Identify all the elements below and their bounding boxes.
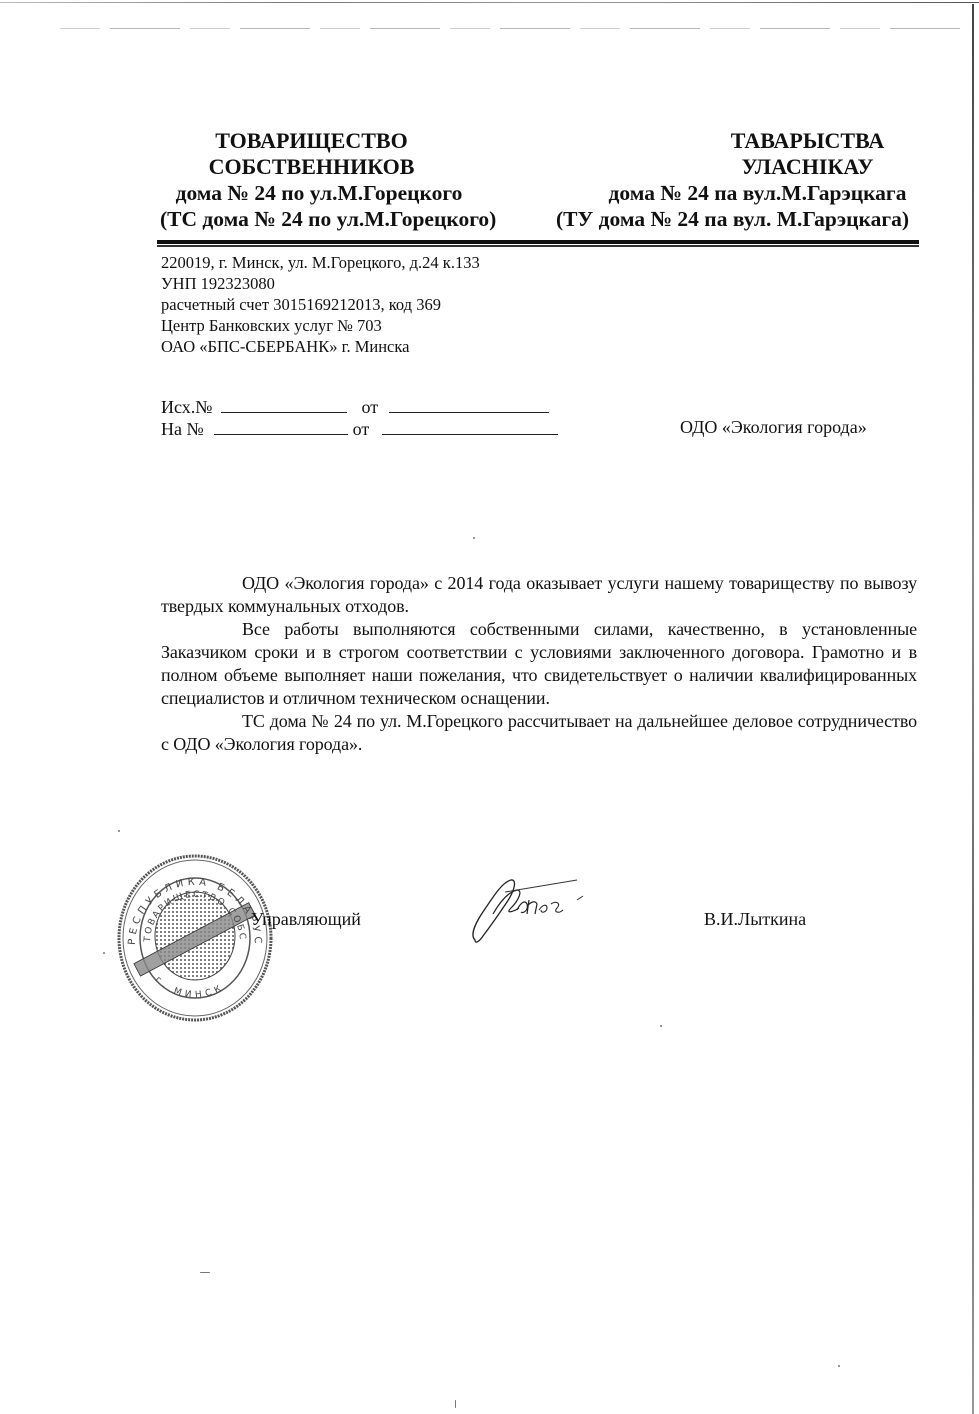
requisite-account: расчетный счет 3015169212013, код 369 (161, 294, 480, 315)
letterhead-divider-thick (157, 240, 919, 244)
letterhead-divider-thin (157, 245, 919, 247)
incoming-number-field (214, 418, 348, 435)
letter-page: ТОВАРИЩЕСТВО СОБСТВЕННИКОВ дома № 24 по … (0, 0, 979, 1414)
letterhead-ru-line4: (ТС дома № 24 по ул.М.Горецкого) (160, 206, 468, 232)
scan-speck (103, 952, 105, 954)
scan-speck (200, 1272, 210, 1273)
organization-requisites: 220019, г. Минск, ул. М.Горецкого, д.24 … (161, 252, 480, 357)
outgoing-number-label: Исх.№ (161, 396, 212, 418)
requisite-unp: УНП 192323080 (161, 273, 480, 294)
letterhead-ru-line3: дома № 24 по ул.М.Горецкого (150, 180, 468, 206)
incoming-date-field (382, 418, 558, 435)
letterhead-russian: ТОВАРИЩЕСТВО СОБСТВЕННИКОВ дома № 24 по … (150, 128, 468, 232)
scan-edge-right (972, 4, 974, 1414)
scan-speck (838, 1365, 840, 1367)
outgoing-number-field (221, 396, 347, 413)
incoming-date-label: от (353, 418, 370, 440)
document-references: Исх.№ от На № от (161, 396, 558, 440)
recipient-name: ОДО «Экология города» (680, 417, 867, 438)
incoming-number-label: На № (161, 418, 204, 440)
handwritten-signature-icon (465, 870, 605, 950)
letterhead-by-line3: дома № 24 па вул.М.Гарэцкага (540, 180, 925, 206)
requisite-bank-center: Центр Банковских услуг № 703 (161, 315, 480, 336)
letterhead-by-line1: ТАВАРЫСТВА (540, 128, 925, 154)
round-seal-stamp-icon: РЕСПУБЛИКА БЕЛАРУСЬ ТОВАРИЩЕСТВО СОБСТВЕ… (115, 850, 275, 1025)
body-paragraph-3: ТС дома № 24 по ул. М.Горецкого рассчиты… (161, 710, 917, 756)
letterhead-ru-line2: СОБСТВЕННИКОВ (150, 154, 468, 180)
letterhead-ru-line1: ТОВАРИЩЕСТВО (150, 128, 468, 154)
body-paragraph-1: ОДО «Экология города» с 2014 года оказыв… (161, 572, 917, 618)
letterhead-belarusian: ТАВАРЫСТВА УЛАСНІКАУ дома № 24 па вул.М.… (540, 128, 925, 232)
letterhead-by-line2: УЛАСНІКАУ (540, 154, 925, 180)
scan-artifact-line (60, 28, 960, 29)
incoming-reference-row: На № от (161, 418, 558, 440)
body-paragraph-2: Все работы выполняются собственными сила… (161, 618, 917, 710)
requisite-address: 220019, г. Минск, ул. М.Горецкого, д.24 … (161, 252, 480, 273)
scan-edge-top (0, 2, 979, 3)
outgoing-date-field (389, 396, 549, 413)
scan-speck (455, 1400, 456, 1408)
outgoing-reference-row: Исх.№ от (161, 396, 558, 418)
scan-speck (660, 1025, 662, 1027)
signatory-title: Управляющий (251, 909, 361, 930)
scan-speck (118, 830, 120, 832)
requisite-bank: ОАО «БПС-СБЕРБАНК» г. Минска (161, 336, 480, 357)
letterhead-by-line4: (ТУ дома № 24 па вул. М.Гарэцкага) (540, 206, 925, 232)
signatory-name: В.И.Лыткина (704, 909, 806, 930)
letter-body: ОДО «Экология города» с 2014 года оказыв… (161, 572, 917, 756)
outgoing-date-label: от (361, 396, 378, 418)
scan-speck (473, 537, 475, 539)
